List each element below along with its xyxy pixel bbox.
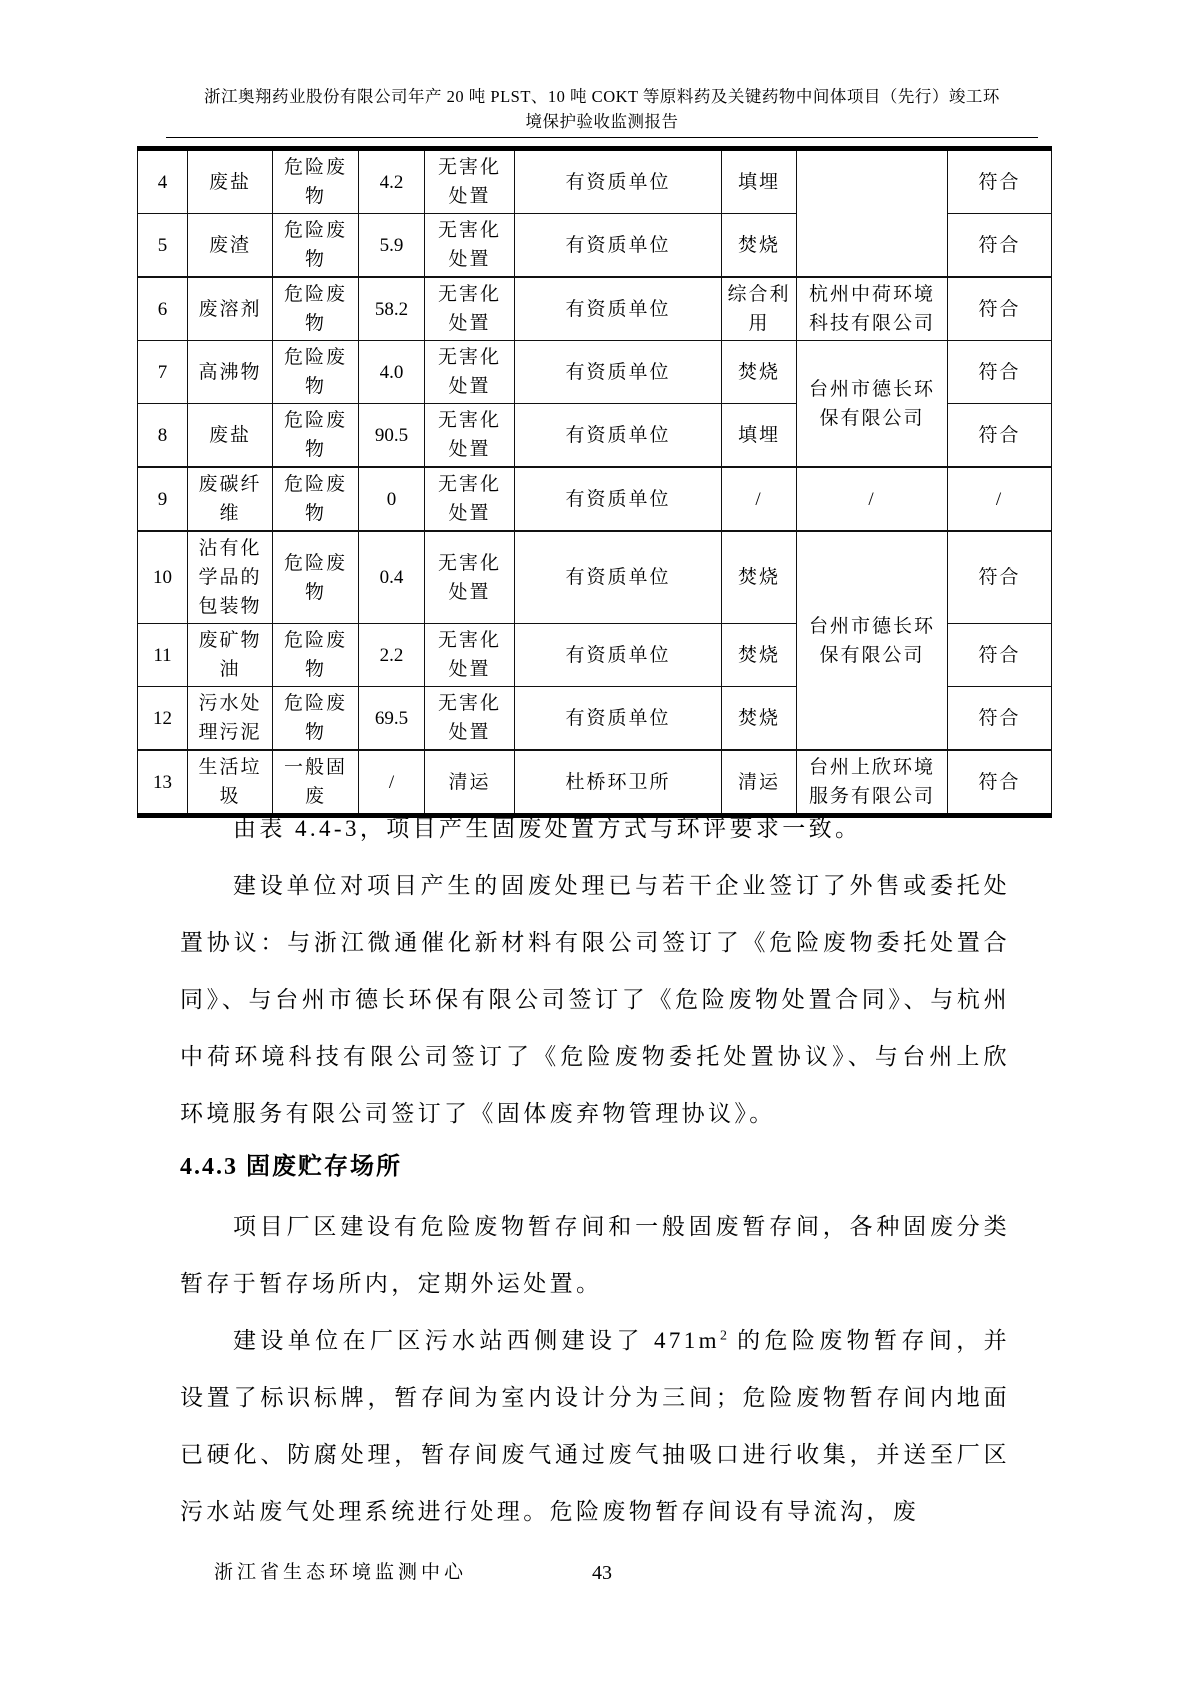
cell-treatment-method: 焚烧 [722,214,797,278]
cell-compliance: 符合 [948,341,1052,404]
cell-index: 5 [138,214,188,278]
cell-disposal-unit: 有资质单位 [515,341,722,404]
cell-waste-name: 废盐 [188,404,273,468]
cell-category: 危险废物 [273,341,359,404]
cell-category: 危险废物 [273,214,359,278]
cell-disposal-unit: 有资质单位 [515,624,722,687]
cell-category: 危险废物 [273,404,359,468]
waste-disposal-table: 4 废盐 危险废物 4.2 无害化处置 有资质单位 填埋 符合 5 废渣 危险废… [137,146,1053,818]
cell-waste-name: 废盐 [188,149,273,214]
cell-treatment-method: 焚烧 [722,531,797,624]
cell-disposal-company: / [797,467,948,531]
paragraph-4: 建设单位在厂区污水站西侧建设了 471m2 的危险废物暂存间，并设置了标识标牌，… [180,1312,1010,1540]
table-row: 9 废碳纤维 危险废物 0 无害化处置 有资质单位 / / / [138,467,1052,531]
cell-waste-name: 污水处理污泥 [188,687,273,751]
cell-quantity: 2.2 [359,624,425,687]
cell-disposal-unit: 有资质单位 [515,467,722,531]
cell-index: 7 [138,341,188,404]
cell-category: 危险废物 [273,149,359,214]
cell-treatment-method: / [722,467,797,531]
paragraph-1: 由表 4.4-3，项目产生固废处置方式与环评要求一致。 [180,800,1010,857]
footer-organization: 浙江省生态环境监测中心 [214,1560,467,1586]
cell-index: 9 [138,467,188,531]
cell-disposal-method: 无害化处置 [425,531,515,624]
section-heading: 4.4.3 固废贮存场所 [180,1146,1010,1188]
cell-index: 4 [138,149,188,214]
cell-category: 危险废物 [273,467,359,531]
cell-compliance: 符合 [948,214,1052,278]
cell-quantity: 58.2 [359,277,425,341]
table-row: 6 废溶剂 危险废物 58.2 无害化处置 有资质单位 综合利用 杭州中荷环境科… [138,277,1052,341]
paragraph-4-text: 建设单位在厂区污水站西侧建设了 471m [233,1328,720,1353]
cell-category: 危险废物 [273,687,359,751]
cell-index: 12 [138,687,188,751]
cell-index: 10 [138,531,188,624]
table-row: 4 废盐 危险废物 4.2 无害化处置 有资质单位 填埋 符合 [138,149,1052,214]
cell-waste-name: 沾有化学品的包装物 [188,531,273,624]
cell-waste-name: 废矿物油 [188,624,273,687]
table-row: 10 沾有化学品的包装物 危险废物 0.4 无害化处置 有资质单位 焚烧 台州市… [138,531,1052,624]
cell-compliance: 符合 [948,149,1052,214]
cell-disposal-company: 台州市德长环保有限公司 [797,341,948,468]
cell-disposal-unit: 有资质单位 [515,149,722,214]
document-page: 浙江奥翔药业股份有限公司年产 20 吨 PLST、10 吨 COKT 等原料药及… [0,0,1190,1683]
cell-compliance: 符合 [948,531,1052,624]
cell-disposal-unit: 有资质单位 [515,214,722,278]
paragraph-3: 项目厂区建设有危险废物暂存间和一般固废暂存间，各种固废分类暂存于暂存场所内，定期… [180,1198,1010,1312]
cell-disposal-method: 无害化处置 [425,687,515,751]
cell-disposal-method: 无害化处置 [425,467,515,531]
cell-quantity: 0.4 [359,531,425,624]
cell-disposal-company: 杭州中荷环境科技有限公司 [797,277,948,341]
table-row: 7 高沸物 危险废物 4.0 无害化处置 有资质单位 焚烧 台州市德长环保有限公… [138,341,1052,404]
cell-disposal-method: 无害化处置 [425,404,515,468]
cell-waste-name: 废渣 [188,214,273,278]
cell-treatment-method: 综合利用 [722,277,797,341]
cell-disposal-unit: 有资质单位 [515,404,722,468]
body-content: 由表 4.4-3，项目产生固废处置方式与环评要求一致。 建设单位对项目产生的固废… [180,800,1010,1540]
cell-quantity: 5.9 [359,214,425,278]
cell-quantity: 4.0 [359,341,425,404]
cell-compliance: 符合 [948,404,1052,468]
cell-category: 危险废物 [273,277,359,341]
cell-waste-name: 废碳纤维 [188,467,273,531]
cell-disposal-method: 无害化处置 [425,214,515,278]
cell-disposal-method: 无害化处置 [425,277,515,341]
cell-disposal-unit: 有资质单位 [515,277,722,341]
cell-disposal-method: 无害化处置 [425,624,515,687]
cell-index: 8 [138,404,188,468]
cell-category: 危险废物 [273,624,359,687]
cell-quantity: 90.5 [359,404,425,468]
cell-quantity: 0 [359,467,425,531]
cell-disposal-unit: 有资质单位 [515,687,722,751]
cell-waste-name: 废溶剂 [188,277,273,341]
cell-quantity: 69.5 [359,687,425,751]
cell-compliance: 符合 [948,687,1052,751]
cell-treatment-method: 焚烧 [722,687,797,751]
page-number: 43 [592,1560,612,1586]
cell-disposal-company [797,149,948,278]
cell-index: 6 [138,277,188,341]
cell-waste-name: 高沸物 [188,341,273,404]
cell-disposal-method: 无害化处置 [425,149,515,214]
cell-treatment-method: 填埋 [722,149,797,214]
cell-category: 危险废物 [273,531,359,624]
page-header: 浙江奥翔药业股份有限公司年产 20 吨 PLST、10 吨 COKT 等原料药及… [166,84,1038,138]
cell-index: 11 [138,624,188,687]
superscript-2: 2 [720,1328,727,1343]
cell-treatment-method: 焚烧 [722,341,797,404]
cell-disposal-unit: 有资质单位 [515,531,722,624]
cell-compliance: 符合 [948,624,1052,687]
paragraph-4-text-cont: 的危险废物暂存间，并设置了标识标牌，暂存间为室内设计分为三间；危险废物暂存间内地… [180,1328,1010,1524]
cell-treatment-method: 填埋 [722,404,797,468]
header-line-2: 境保护验收监测报告 [166,109,1038,134]
cell-quantity: 4.2 [359,149,425,214]
paragraph-2: 建设单位对项目产生的固废处理已与若干企业签订了外售或委托处置协议：与浙江微通催化… [180,857,1010,1142]
header-line-1: 浙江奥翔药业股份有限公司年产 20 吨 PLST、10 吨 COKT 等原料药及… [166,84,1038,109]
cell-disposal-company: 台州市德长环保有限公司 [797,531,948,750]
cell-compliance: 符合 [948,277,1052,341]
cell-compliance: / [948,467,1052,531]
cell-disposal-method: 无害化处置 [425,341,515,404]
cell-treatment-method: 焚烧 [722,624,797,687]
